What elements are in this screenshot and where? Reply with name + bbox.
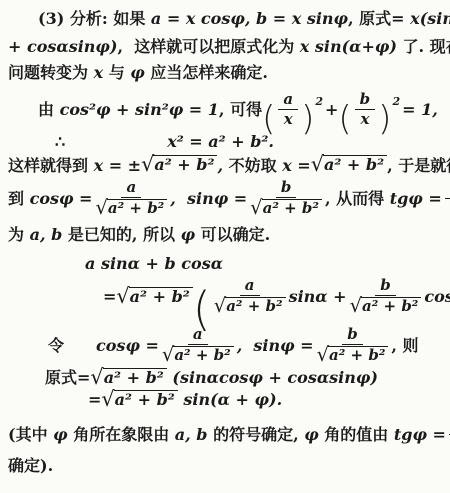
radicand: a² + b² [323, 155, 387, 174]
fraction-denominator: √a² + b² [214, 296, 286, 316]
radicand: a² + b² [129, 287, 193, 306]
math-run: a = x cosφ, b = x sinφ [151, 8, 348, 29]
math-run: a² + b² [108, 199, 164, 217]
math-run: , sinφ = [170, 188, 247, 209]
fraction: b√a² + b² [350, 277, 422, 317]
fraction-denominator: √a² + b² [162, 345, 234, 365]
text-run: 角所在象限由 [68, 424, 175, 445]
math-run: cosφ = [30, 188, 93, 209]
math-run: a [126, 178, 136, 196]
fraction: ba [445, 180, 450, 218]
document-line: 为 a, b 是已知的, 所以 φ 可以确定. [8, 224, 446, 245]
radicand: a² + b² [107, 199, 167, 217]
math-run: , sinφ = [237, 335, 314, 356]
math-run: a² + b² [329, 346, 385, 364]
math-run: = [77, 367, 90, 388]
fraction: b√a² + b² [250, 179, 322, 219]
radical: √a² + b² [116, 287, 192, 306]
text-run: 了. 现在 [397, 36, 450, 57]
math-run: = [88, 389, 101, 410]
fraction-numerator: a [121, 179, 141, 198]
fraction: a√a² + b² [95, 179, 167, 219]
math-run: a² + b² [263, 199, 319, 217]
math-run: x [284, 110, 293, 128]
radical: √a² + b² [95, 199, 167, 217]
math-run: a² + b² [174, 346, 230, 364]
text-run: ∴ [55, 131, 65, 152]
text-run: 令 [48, 335, 64, 356]
document-line: 到 cosφ =a√a² + b², sinφ =b√a² + b², 从而得 … [8, 179, 446, 219]
document-line: 这样就得到 x = ±√a² + b², 不妨取 x =√a² + b², 于是… [8, 155, 446, 176]
text-run: 的符号确定, [208, 424, 305, 445]
radical-sign-icon: √ [311, 155, 324, 173]
superscript: 2 [392, 91, 400, 112]
radical: √a² + b² [350, 297, 422, 315]
math-run: x [360, 110, 369, 128]
radical: √a² + b² [90, 368, 166, 387]
text-run: 到 [8, 188, 30, 209]
document-line: 问题转变为 x 与 φ 应当怎样来确定. [8, 62, 446, 83]
spacer [65, 141, 167, 142]
math-run: cos²φ + sin²φ = 1 [60, 99, 219, 120]
math-run: b [380, 276, 391, 294]
text-run: , 于是就得 [387, 155, 450, 176]
fraction-numerator: b [276, 179, 297, 198]
radical: √a² + b² [214, 297, 286, 315]
math-run: x [94, 62, 104, 83]
fraction-numerator: b [355, 91, 376, 110]
math-run: = x(sinαcosφ [391, 8, 450, 29]
math-run: x² = a² + b². [167, 131, 274, 152]
radical: √a² + b² [101, 390, 177, 409]
text-run: 确定). [8, 455, 53, 476]
math-run: a² + b² [130, 287, 190, 306]
document-line: (其中 φ 角所在象限由 a, b 的符号确定, φ 角的值由 tgφ =ba [8, 416, 446, 454]
text-run: , 这样就可以把原式化为 [117, 36, 299, 57]
fraction-numerator: a [240, 277, 260, 296]
radicand: a² + b² [361, 297, 421, 315]
math-run: a [283, 90, 293, 108]
math-run: x = ± [94, 155, 142, 176]
text-run: (其中 [8, 424, 53, 445]
math-run: = 1, [402, 99, 438, 120]
superscript: 2 [315, 91, 323, 112]
spacer [64, 345, 96, 346]
fraction-denominator: √a² + b² [350, 296, 422, 316]
text-run: 应当怎样来确定. [145, 62, 268, 83]
radical: √a² + b² [162, 346, 234, 364]
text-run: 角的值由 [319, 424, 394, 445]
math-run: (sinαcosφ + cosαsinφ) [167, 367, 378, 388]
document-line: 确定). [8, 455, 446, 476]
math-run: cosα [424, 286, 450, 307]
textbook-page: (3) 分析: 如果 a = x cosφ, b = x sinφ, 原式= x… [0, 0, 450, 493]
text-run: 由 [38, 99, 60, 120]
fraction-numerator: a [278, 91, 298, 110]
math-run: φ [130, 62, 144, 83]
math-solution-text: (3) 分析: 如果 a = x cosφ, b = x sinφ, 原式= x… [8, 8, 446, 476]
text-run: 这样就得到 [8, 155, 94, 176]
radical-sign-icon: √ [116, 287, 129, 305]
math-run: sinα + [289, 286, 347, 307]
radicand: a² + b² [114, 390, 178, 409]
math-run: tgφ = [394, 424, 446, 445]
document-line: 令cosφ =a√a² + b², sinφ =b√a² + b², 则 [8, 326, 446, 366]
math-run: φ [181, 224, 195, 245]
radical-sign-icon: √ [141, 155, 154, 173]
fraction-numerator: b [375, 277, 396, 296]
fraction: b√a² + b² [317, 326, 389, 366]
document-line: =√a² + b²(a√a² + b²sinα +b√a² + b²cosα). [8, 277, 446, 317]
radicand: a² + b² [262, 199, 322, 217]
math-run: φ [53, 424, 67, 445]
fraction-denominator: √a² + b² [95, 198, 167, 218]
math-run: a² + b² [226, 297, 282, 315]
radical: √a² + b² [141, 155, 217, 174]
document-line: 原式=√a² + b² (sinαcosφ + cosαsinφ) [8, 367, 446, 388]
math-run: b [360, 90, 371, 108]
fraction: ax [278, 91, 298, 129]
math-run: a, b [175, 424, 208, 445]
text-run: 不妨取 [229, 155, 283, 176]
text-run: , 可得 [219, 99, 262, 120]
radicand: a² + b² [328, 346, 388, 364]
math-run: φ [304, 424, 318, 445]
math-run: a² + b² [324, 155, 384, 174]
math-run: a [245, 276, 255, 294]
radicand: a² + b² [153, 155, 217, 174]
math-run: cosφ = [96, 335, 159, 356]
text-run: (3) 分析: 如果 [38, 8, 151, 29]
math-run: x = [282, 155, 311, 176]
fraction: bx [355, 91, 376, 129]
radicand: a² + b² [225, 297, 285, 315]
fraction: a√a² + b² [214, 277, 286, 317]
fraction-denominator: √a² + b² [317, 345, 389, 365]
fraction-numerator: b [342, 326, 363, 345]
math-run: b [281, 178, 292, 196]
math-run: , [217, 155, 228, 176]
math-run: a, b [30, 224, 63, 245]
radical-sign-icon: √ [90, 368, 103, 386]
math-run: b [347, 325, 358, 343]
text-run: 问题转变为 [8, 62, 94, 83]
radical: √a² + b² [317, 346, 389, 364]
text-run: 与 [103, 62, 130, 83]
fraction-denominator: x [284, 110, 293, 128]
document-line: + cosαsinφ), 这样就可以把原式化为 x sin(α+φ) 了. 现在 [8, 36, 446, 57]
text-run: , 则 [391, 335, 418, 356]
math-run: + cosαsinφ) [8, 36, 117, 57]
document-line: =√a² + b² sin(α + φ). [8, 389, 446, 410]
text-run: , 原式 [348, 8, 391, 29]
radicand: a² + b² [173, 346, 233, 364]
fraction-denominator: √a² + b² [250, 198, 322, 218]
document-line: 由 cos²φ + sin²φ = 1, 可得(ax)2+(bx)2= 1, [8, 91, 446, 129]
math-run: a sinα + b cosα [85, 253, 223, 274]
math-run: sin(α + φ). [178, 389, 282, 410]
radicand: a² + b² [103, 368, 167, 387]
math-run: a² + b² [154, 155, 214, 174]
text-run: 为 [8, 224, 30, 245]
math-run: + [325, 99, 338, 120]
fraction-numerator: b [445, 180, 450, 199]
math-run: = [103, 286, 116, 307]
document-line: (3) 分析: 如果 a = x cosφ, b = x sinφ, 原式= x… [8, 8, 446, 29]
text-run: 原式 [45, 367, 77, 388]
math-run: a² + b² [104, 368, 164, 387]
math-run: a² + b² [115, 390, 175, 409]
radical: √a² + b² [250, 199, 322, 217]
text-run: , 从而得 [325, 188, 390, 209]
radical: √a² + b² [311, 155, 387, 174]
document-line: a sinα + b cosα [8, 253, 446, 274]
text-run: 可以确定. [195, 224, 270, 245]
math-run: a² + b² [362, 297, 418, 315]
text-run: 是已知的, 所以 [62, 224, 180, 245]
math-run: tgφ = [390, 188, 442, 209]
fraction-denominator: x [360, 110, 369, 128]
radical-sign-icon: √ [101, 390, 114, 408]
math-run: x sin(α+φ) [300, 36, 397, 57]
